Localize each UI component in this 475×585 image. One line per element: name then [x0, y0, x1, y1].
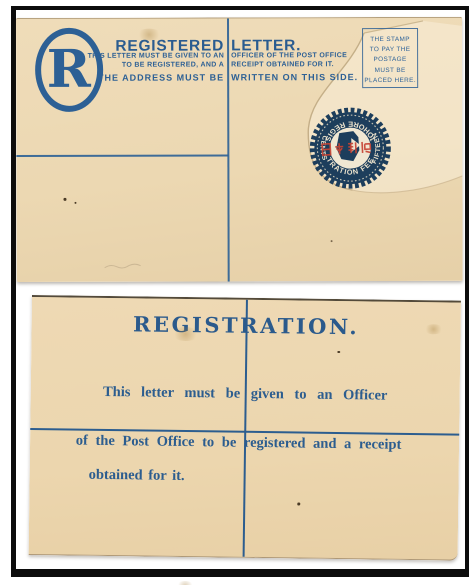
back-vertical-rule: [243, 300, 248, 557]
stamp-box-line: MUST BE: [363, 66, 417, 76]
stamp-box-line: PLACED HERE.: [363, 76, 417, 86]
speck: [297, 502, 300, 505]
stain: [136, 29, 162, 41]
instructions-left-column: THIS LETTER MUST BE GIVEN TO AN TO BE RE…: [16, 52, 224, 84]
stamp-box-line: POSTAGE: [363, 55, 417, 65]
stamp-placement-box: THE STAMP TO PAY THE POSTAGE MUST BE PLA…: [362, 28, 418, 88]
instruction-row2-left: TO BE REGISTERED, AND A: [16, 61, 224, 70]
stain: [171, 327, 199, 341]
instruction-row3-left: THE ADDRESS MUST BE: [16, 73, 224, 85]
speck: [74, 202, 76, 204]
stamp-box-line: THE STAMP: [363, 35, 417, 45]
speck: [331, 240, 333, 242]
speck: [337, 351, 340, 353]
instruction-row1-left: THIS LETTER MUST BE GIVEN TO AN: [16, 52, 224, 61]
johore-registration-seal: 日本郵便 TRATION FEE JOHORE REGIS FIFTEEN CE…: [308, 106, 392, 190]
stain: [176, 581, 194, 585]
back-body-line3: obtained for it.: [89, 467, 185, 485]
registration-heading: REGISTRATION.: [31, 310, 460, 341]
pencil-marking: [105, 264, 141, 268]
back-body-line1: This letter must be given to an Officer: [31, 383, 460, 406]
stain: [424, 324, 444, 334]
registered-letter-envelope-front: R REGISTERED LETTER. THIS LETTER MUST BE…: [16, 17, 463, 282]
stamp-box-line: TO PAY THE: [363, 45, 417, 55]
registered-letter-envelope-back: REGISTRATION. This letter must be given …: [29, 295, 461, 561]
speck: [63, 198, 66, 201]
back-body-line2: of the Post Office to be registered and …: [24, 432, 453, 455]
